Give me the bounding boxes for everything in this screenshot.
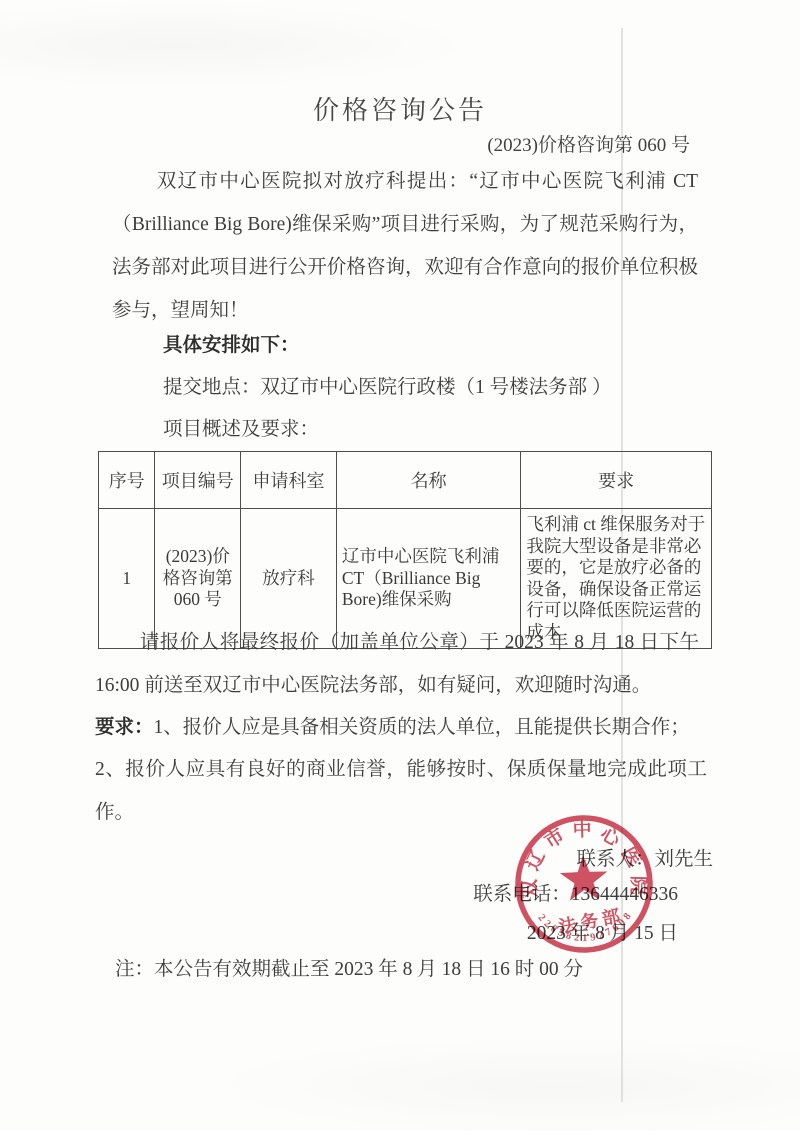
requirements-label: 要求： bbox=[95, 717, 154, 738]
document-title: 价格咨询公告 bbox=[0, 90, 800, 127]
requirements-line-1: 要求：1、报价人应是具备相关资质的法人单位，且能提供长期合作； bbox=[95, 707, 707, 750]
seal-dept-text: 法务部 bbox=[557, 904, 626, 937]
document-number: (2023)价格咨询第 060 号 bbox=[487, 130, 690, 157]
requirement-1-text: 1、报价人应是具备相关资质的法人单位，且能提供长期合作； bbox=[154, 717, 690, 738]
deadline-paragraph: 请报价人将最终报价（加盖单位公章）于 2023 年 8 月 18 日下午 16:… bbox=[95, 622, 699, 707]
intro-paragraph: 双辽市中心医院拟对放疗科提出：“辽市中心医院飞利浦 CT（Brilliance … bbox=[112, 160, 698, 332]
official-seal-stamp: 双辽市中心医院 2203821927608 法务部 bbox=[496, 796, 672, 972]
header-name: 名称 bbox=[336, 452, 521, 509]
submit-location-line: 提交地点：双辽市中心医院行政楼（1 号楼法务部 ） bbox=[163, 371, 612, 399]
header-requirement: 要求 bbox=[521, 452, 712, 509]
header-seq: 序号 bbox=[99, 452, 155, 509]
overview-heading: 项目概述及要求： bbox=[163, 413, 319, 441]
arrangement-heading: 具体安排如下： bbox=[163, 329, 300, 357]
table-header-row: 序号 项目编号 申请科室 名称 要求 bbox=[99, 452, 712, 509]
header-code: 项目编号 bbox=[155, 452, 241, 509]
header-dept: 申请科室 bbox=[241, 452, 337, 509]
seal-star-icon bbox=[559, 854, 608, 901]
scanned-document-page: 价格咨询公告 (2023)价格咨询第 060 号 双辽市中心医院拟对放疗科提出：… bbox=[0, 0, 800, 1131]
project-table: 序号 项目编号 申请科室 名称 要求 1 (2023)价格咨询第 060 号 放… bbox=[98, 451, 712, 649]
